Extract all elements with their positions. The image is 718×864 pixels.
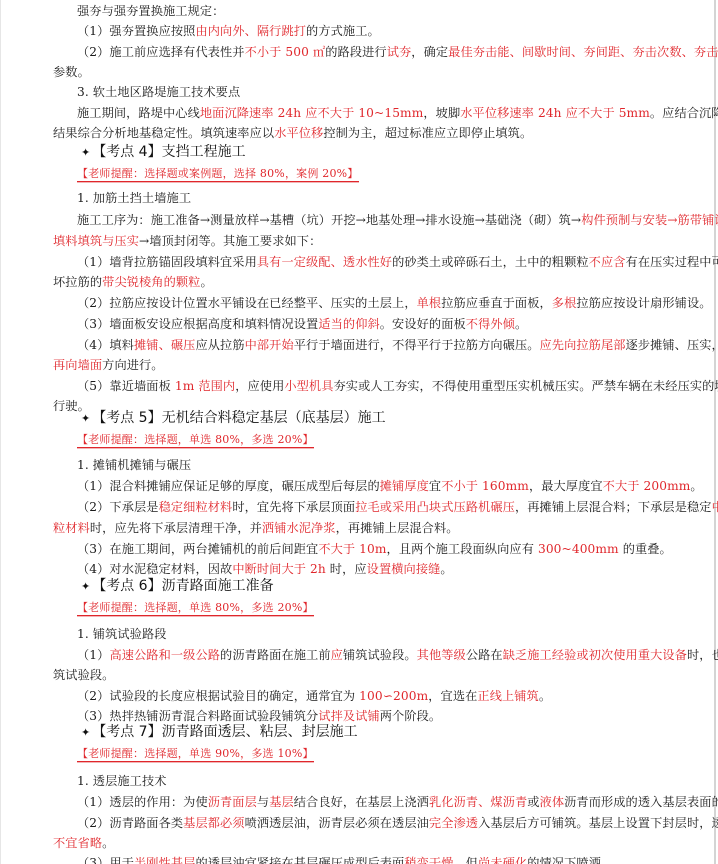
body-text: （1）混合料摊铺应保证足够的厚度，碾压成型后每层的 xyxy=(77,479,380,493)
highlighted-text: 摊铺厚度 xyxy=(380,479,429,493)
highlighted-text: 多根 xyxy=(552,296,577,310)
body-text: （1） xyxy=(77,648,109,662)
text-line: 结果综合分析地基稳定性。填筑速率应以水平位移控制为主，超过标准应立即停止填筑。 xyxy=(53,125,532,141)
body-text: 入基层后方可铺筑。基层上设置下封层时，透层油 xyxy=(478,816,718,830)
text-line: 填料填筑与压实→墙顶封闭等。其施工要求如下： xyxy=(53,233,321,249)
text-line: 1. 摊铺机摊铺与碾压 xyxy=(77,457,191,473)
highlighted-text: 基层都必须 xyxy=(183,816,244,830)
highlighted-text: 完全渗透 xyxy=(429,816,478,830)
body-text: 结合良好，在基层上浇洒 xyxy=(294,795,429,809)
body-text: （2）拉筋应按设计位置水平铺设在已经整平、压实的土层上， xyxy=(77,296,417,310)
body-text: 的方式施工。 xyxy=(306,24,380,38)
highlighted-text: 粒材料 xyxy=(53,521,90,535)
highlighted-text: 具有一定级配、透水性好 xyxy=(257,255,392,269)
highlighted-text: 带尖锐棱角的颗粒 xyxy=(102,275,200,289)
body-text: 逐步摊铺、压实，然后 xyxy=(626,338,718,352)
body-text: （4）填料 xyxy=(77,338,134,352)
body-text: 的情况下喷洒。 xyxy=(527,856,613,864)
heading-text: 【考点 4】支挡工程施工 xyxy=(92,144,245,160)
highlighted-text: 应 xyxy=(331,648,343,662)
body-text: 喷洒透层油，沥青层必须在透层油 xyxy=(245,816,429,830)
highlighted-text: 水平位移速率 24h 应不大于 5mm xyxy=(460,106,650,120)
highlighted-text: 基层 xyxy=(269,795,294,809)
highlighted-text: 中断时间大于 2h xyxy=(232,562,326,576)
text-line: （1）强夯置换应按照由内向外、隔行跳打的方式施工。 xyxy=(77,23,380,39)
body-text: 坏拉筋的 xyxy=(53,275,102,289)
diamond-bullet-icon: ✦ xyxy=(81,580,90,593)
document-page: 强夯与强夯置换施工规定：（1）强夯置换应按照由内向外、隔行跳打的方式施工。（2）… xyxy=(0,0,716,864)
highlighted-text: 应先向拉筋尾部 xyxy=(540,338,626,352)
body-text: （1）墙背拉筋锚固段填料宜采用 xyxy=(77,255,257,269)
highlighted-text: 最佳夯击能、间歇时间、夯间距、夯击次数、夯击遍数 xyxy=(448,45,718,59)
text-line: （3）墙面板安设应根据高度和填料情况设置适当的仰斜。安设好的面板不得外倾。 xyxy=(77,316,527,332)
body-text: （5）靠近墙面板 xyxy=(77,379,175,393)
teacher-reminder: 【老师提醒：选择题，单选 90%，多选 10%】 xyxy=(77,747,314,762)
body-text: 沥青而形成的透入基层表面的薄层。 xyxy=(564,795,718,809)
body-text: 结果综合分析地基稳定性。填筑速率应以 xyxy=(53,126,274,140)
body-text: 1. 透层施工技术 xyxy=(77,774,167,788)
body-text: （1）透层的作用：为使 xyxy=(77,795,208,809)
highlighted-text: 半刚性基层 xyxy=(134,856,195,864)
highlighted-text: 不大于 200mm xyxy=(603,479,691,493)
body-text: 。 xyxy=(200,275,212,289)
highlighted-text: 设置横向接缝 xyxy=(367,562,441,576)
body-text: 3. 软土地区路堤施工技术要点 xyxy=(77,85,240,99)
text-line: 筑试验段。 xyxy=(53,667,114,683)
highlighted-text: 构件预制与安装→筋带铺设→ xyxy=(581,213,718,227)
highlighted-text: 摊铺、碾压 xyxy=(134,338,195,352)
text-line: （1）高速公路和一级公路的沥青路面在施工前应铺筑试验段。其他等级公路在缺乏施工经… xyxy=(77,647,718,663)
highlighted-text: 100∽200m xyxy=(359,689,428,703)
body-text: 应从拉筋 xyxy=(195,338,244,352)
body-text: 的透层油宜紧接在基层碾压成型后表面 xyxy=(195,856,404,864)
body-text: （3）墙面板安设应根据高度和填料情况设置 xyxy=(77,317,318,331)
body-text: （2）施工前应选择有代表性并 xyxy=(77,45,245,59)
text-line: （2）下承层是稳定细粒材料时，宜先将下承层顶面拉毛或采用凸块式压路机碾压，再摊铺… xyxy=(77,499,718,515)
text-line: 1. 透层施工技术 xyxy=(77,773,167,789)
body-text: （2）下承层是 xyxy=(77,500,159,514)
body-text: 。 xyxy=(690,479,702,493)
highlighted-text: 拉毛或采用凸块式压路机碾压 xyxy=(355,500,515,514)
body-text: 有在压实过程中可能破 xyxy=(626,255,718,269)
body-text: ，最大厚度宜 xyxy=(529,479,603,493)
highlighted-text: 单根 xyxy=(417,296,442,310)
highlighted-text: 小型机具 xyxy=(284,379,333,393)
body-text: ，且两个施工段面纵向应有 xyxy=(387,542,538,556)
teacher-reminder: 【老师提醒：选择题或案例题，选择 80%，案例 20%】 xyxy=(77,167,359,182)
body-text: 。 xyxy=(440,562,452,576)
text-line: （2）拉筋应按设计位置水平铺设在已经整平、压实的土层上，单根拉筋应垂直于面板，多… xyxy=(77,295,712,311)
body-text: 参数。 xyxy=(53,65,90,79)
section-heading: ✦【考点 7】沥青路面透层、粘层、封层施工 xyxy=(81,723,358,742)
body-text: 强夯与强夯置换施工规定： xyxy=(77,4,224,18)
text-line: 1. 加筋土挡土墙施工 xyxy=(77,190,191,206)
text-line: 坏拉筋的带尖锐棱角的颗粒。 xyxy=(53,274,213,290)
diamond-bullet-icon: ✦ xyxy=(81,146,90,159)
highlighted-text: 中部开始 xyxy=(245,338,294,352)
highlighted-text: 其他等级 xyxy=(417,648,466,662)
body-text: ，确定 xyxy=(411,45,448,59)
highlighted-text: 液体 xyxy=(540,795,565,809)
highlighted-text: 由内向外、隔行跳打 xyxy=(195,24,306,38)
body-text: 筑试验段。 xyxy=(53,668,114,682)
body-text: ，宜选在 xyxy=(428,689,477,703)
body-text: ，坡脚 xyxy=(423,106,460,120)
body-text: 拉筋应垂直于面板， xyxy=(441,296,552,310)
highlighted-text: 不大于 10m xyxy=(318,542,386,556)
body-text: （3）在施工期间，两台摊铺机的前后间距宜 xyxy=(77,542,318,556)
text-line: 施工工序为：施工准备→测量放样→基槽（坑）开挖→地基处理→排水设施→基础浇（砌）… xyxy=(77,212,718,228)
text-line: （3）在施工期间，两台摊铺机的前后间距宜不大于 10m，且两个施工段面纵向应有 … xyxy=(77,541,672,557)
body-text: 的砂类土或碎砾石土，土中的粗颗粒 xyxy=(392,255,589,269)
body-text: ，再摊铺上层混合料。 xyxy=(336,521,459,535)
text-line: 1. 铺筑试验路段 xyxy=(77,626,167,642)
body-text: 夯实或人工夯实，不得使用重型压实机械压实。严禁车辆在未经压实的填料上 xyxy=(334,379,718,393)
teacher-reminder: 【老师提醒：选择题，单选 80%，多选 20%】 xyxy=(77,433,314,448)
body-text: （1）强夯置换应按照 xyxy=(77,24,195,38)
body-text: 平行于墙面进行，不得平行于拉筋方向碾压。 xyxy=(294,338,540,352)
highlighted-text: 水平位移 xyxy=(274,126,323,140)
body-text: 。 xyxy=(102,836,114,850)
body-text: 的沥青路面在施工前 xyxy=(220,648,331,662)
highlighted-text: 1m 范围内 xyxy=(175,379,235,393)
text-line: 不宜省略。 xyxy=(53,835,114,851)
highlighted-text: 乳化沥青、煤沥青 xyxy=(429,795,527,809)
body-text: 的重叠。 xyxy=(619,542,672,556)
highlighted-text: 沥青面层 xyxy=(208,795,257,809)
text-line: （1）混合料摊铺应保证足够的厚度，碾压成型后每层的摊铺厚度宜不小于 160mm，… xyxy=(77,478,703,494)
body-text: 。安设好的面板 xyxy=(380,317,466,331)
body-text: 时，也 xyxy=(687,648,718,662)
text-line: 强夯与强夯置换施工规定： xyxy=(77,3,224,19)
highlighted-text: 适当的仰斜 xyxy=(318,317,379,331)
section-heading: ✦【考点 6】沥青路面施工准备 xyxy=(81,577,274,596)
body-text: 施工工序为：施工准备→测量放样→基槽（坑）开挖→地基处理→排水设施→基础浇（砌）… xyxy=(77,213,581,227)
section-heading: ✦【考点 5】无机结合料稳定基层（底基层）施工 xyxy=(81,409,386,428)
highlighted-text: 再向墙面 xyxy=(53,358,102,372)
highlighted-text: 尚未硬化 xyxy=(478,856,527,864)
text-line: （4）对水泥稳定材料，因故中断时间大于 2h 时，应设置横向接缝。 xyxy=(77,561,453,577)
text-line: （1）透层的作用：为使沥青面层与基层结合良好，在基层上浇洒乳化沥青、煤沥青或液体… xyxy=(77,794,718,810)
body-text: 方向进行。 xyxy=(102,358,163,372)
section-heading: ✦【考点 4】支挡工程施工 xyxy=(81,143,246,162)
body-text: 控制为主，超过标准应立即停止填筑。 xyxy=(323,126,532,140)
body-text: （3）热拌热铺沥青混合料路面试验段铺筑分 xyxy=(77,709,318,723)
text-line: （2）沥青路面各类基层都必须喷洒透层油，沥青层必须在透层油完全渗透入基层后方可铺… xyxy=(77,815,718,831)
body-text: 时，应 xyxy=(326,562,367,576)
highlighted-text: 试拌及试铺 xyxy=(318,709,379,723)
body-text: 施工期间，路堤中心线 xyxy=(77,106,200,120)
body-text: ，应使用 xyxy=(235,379,284,393)
text-line: 再向墙面方向进行。 xyxy=(53,357,164,373)
body-text: （2）沥青路面各类 xyxy=(77,816,183,830)
body-text: 宜 xyxy=(429,479,441,493)
heading-text: 【考点 6】沥青路面施工准备 xyxy=(92,578,273,594)
text-line: （2）试验段的长度应根据试验目的确定，通常宜为 100∽200m，宜选在正线上铺… xyxy=(77,688,551,704)
body-text: 两个阶段。 xyxy=(380,709,441,723)
diamond-bullet-icon: ✦ xyxy=(81,412,90,425)
body-text: 时，宜先将下承层顶面 xyxy=(232,500,355,514)
highlighted-text: 不小于 500 ㎡ xyxy=(245,45,326,59)
text-line: （5）靠近墙面板 1m 范围内，应使用小型机具夯实或人工夯实，不得使用重型压实机… xyxy=(77,378,718,394)
text-line: （4）填料摊铺、碾压应从拉筋中部开始平行于墙面进行，不得平行于拉筋方向碾压。应先… xyxy=(77,337,718,353)
teacher-reminder: 【老师提醒：选择题，单选 80%，多选 20%】 xyxy=(77,601,314,616)
highlighted-text: 填料填筑与压实 xyxy=(53,234,139,248)
body-text: 1. 铺筑试验路段 xyxy=(77,627,167,641)
highlighted-text: 缺乏施工经验或初次使用重大设备 xyxy=(503,648,687,662)
body-text: →墙顶封闭等。其施工要求如下： xyxy=(139,234,321,248)
body-text: 铺筑试验段。 xyxy=(343,648,417,662)
heading-text: 【考点 7】沥青路面透层、粘层、封层施工 xyxy=(92,724,357,740)
highlighted-text: 不应含 xyxy=(589,255,626,269)
text-line: （3）用于半刚性基层的透层油宜紧接在基层碾压成型后表面稍变干燥、但尚未硬化的情况… xyxy=(77,855,613,864)
text-line: （2）施工前应选择有代表性并不小于 500 ㎡的路段进行试夯，确定最佳夯击能、间… xyxy=(77,44,718,60)
body-text: 拉筋应按设计扇形铺设。 xyxy=(576,296,711,310)
text-line: 粒材料时，应先将下承层清理干净，并洒铺水泥净浆，再摊铺上层混合料。 xyxy=(53,520,459,536)
text-line: 3. 软土地区路堤施工技术要点 xyxy=(77,84,240,100)
body-text: 。 xyxy=(515,317,527,331)
highlighted-text: 不得外倾 xyxy=(466,317,515,331)
body-text: （2）试验段的长度应根据试验目的确定，通常宜为 xyxy=(77,689,359,703)
highlighted-text: 洒铺水泥净浆 xyxy=(262,521,336,535)
body-text: 公路在 xyxy=(466,648,503,662)
highlighted-text: 稳定细粒材料 xyxy=(159,500,233,514)
highlighted-text: 不宜省略 xyxy=(53,836,102,850)
body-text: 的路段进行 xyxy=(325,45,386,59)
highlighted-text: 不小于 160mm xyxy=(441,479,529,493)
body-text: 或 xyxy=(527,795,539,809)
body-text: 、但 xyxy=(454,856,479,864)
body-text: 1. 加筋土挡土墙施工 xyxy=(77,191,191,205)
highlighted-text: 稍变干燥 xyxy=(404,856,453,864)
body-text: （4）对水泥稳定材料，因故 xyxy=(77,562,232,576)
body-text: ，再摊铺上层混合料；下承层是稳定 xyxy=(515,500,712,514)
body-text: 。 xyxy=(539,689,551,703)
highlighted-text: 高速公路和一级公路 xyxy=(109,648,220,662)
text-line: （1）墙背拉筋锚固段填料宜采用具有一定级配、透水性好的砂类土或碎砾石土，土中的粗… xyxy=(77,254,718,270)
heading-text: 【考点 5】无机结合料稳定基层（底基层）施工 xyxy=(92,410,385,426)
body-text: （3）用于 xyxy=(77,856,134,864)
body-text: 。应结合沉降和位移观测 xyxy=(650,106,718,120)
diamond-bullet-icon: ✦ xyxy=(81,726,90,739)
body-text: 与 xyxy=(257,795,269,809)
text-line: （3）热拌热铺沥青混合料路面试验段铺筑分试拌及试铺两个阶段。 xyxy=(77,708,441,724)
highlighted-text: 300~400mm xyxy=(538,542,619,556)
text-line: 参数。 xyxy=(53,64,90,80)
highlighted-text: 正线上铺筑 xyxy=(477,689,538,703)
highlighted-text: 试夯 xyxy=(387,45,412,59)
highlighted-text: 地面沉降速率 24h 应不大于 10~15mm xyxy=(200,106,424,120)
body-text: 1. 摊铺机摊铺与碾压 xyxy=(77,458,191,472)
body-text: 时，应先将下承层清理干净，并 xyxy=(90,521,262,535)
highlighted-text: 中、粗 xyxy=(712,500,718,514)
text-line: 施工期间，路堤中心线地面沉降速率 24h 应不大于 10~15mm，坡脚水平位移… xyxy=(77,105,718,121)
